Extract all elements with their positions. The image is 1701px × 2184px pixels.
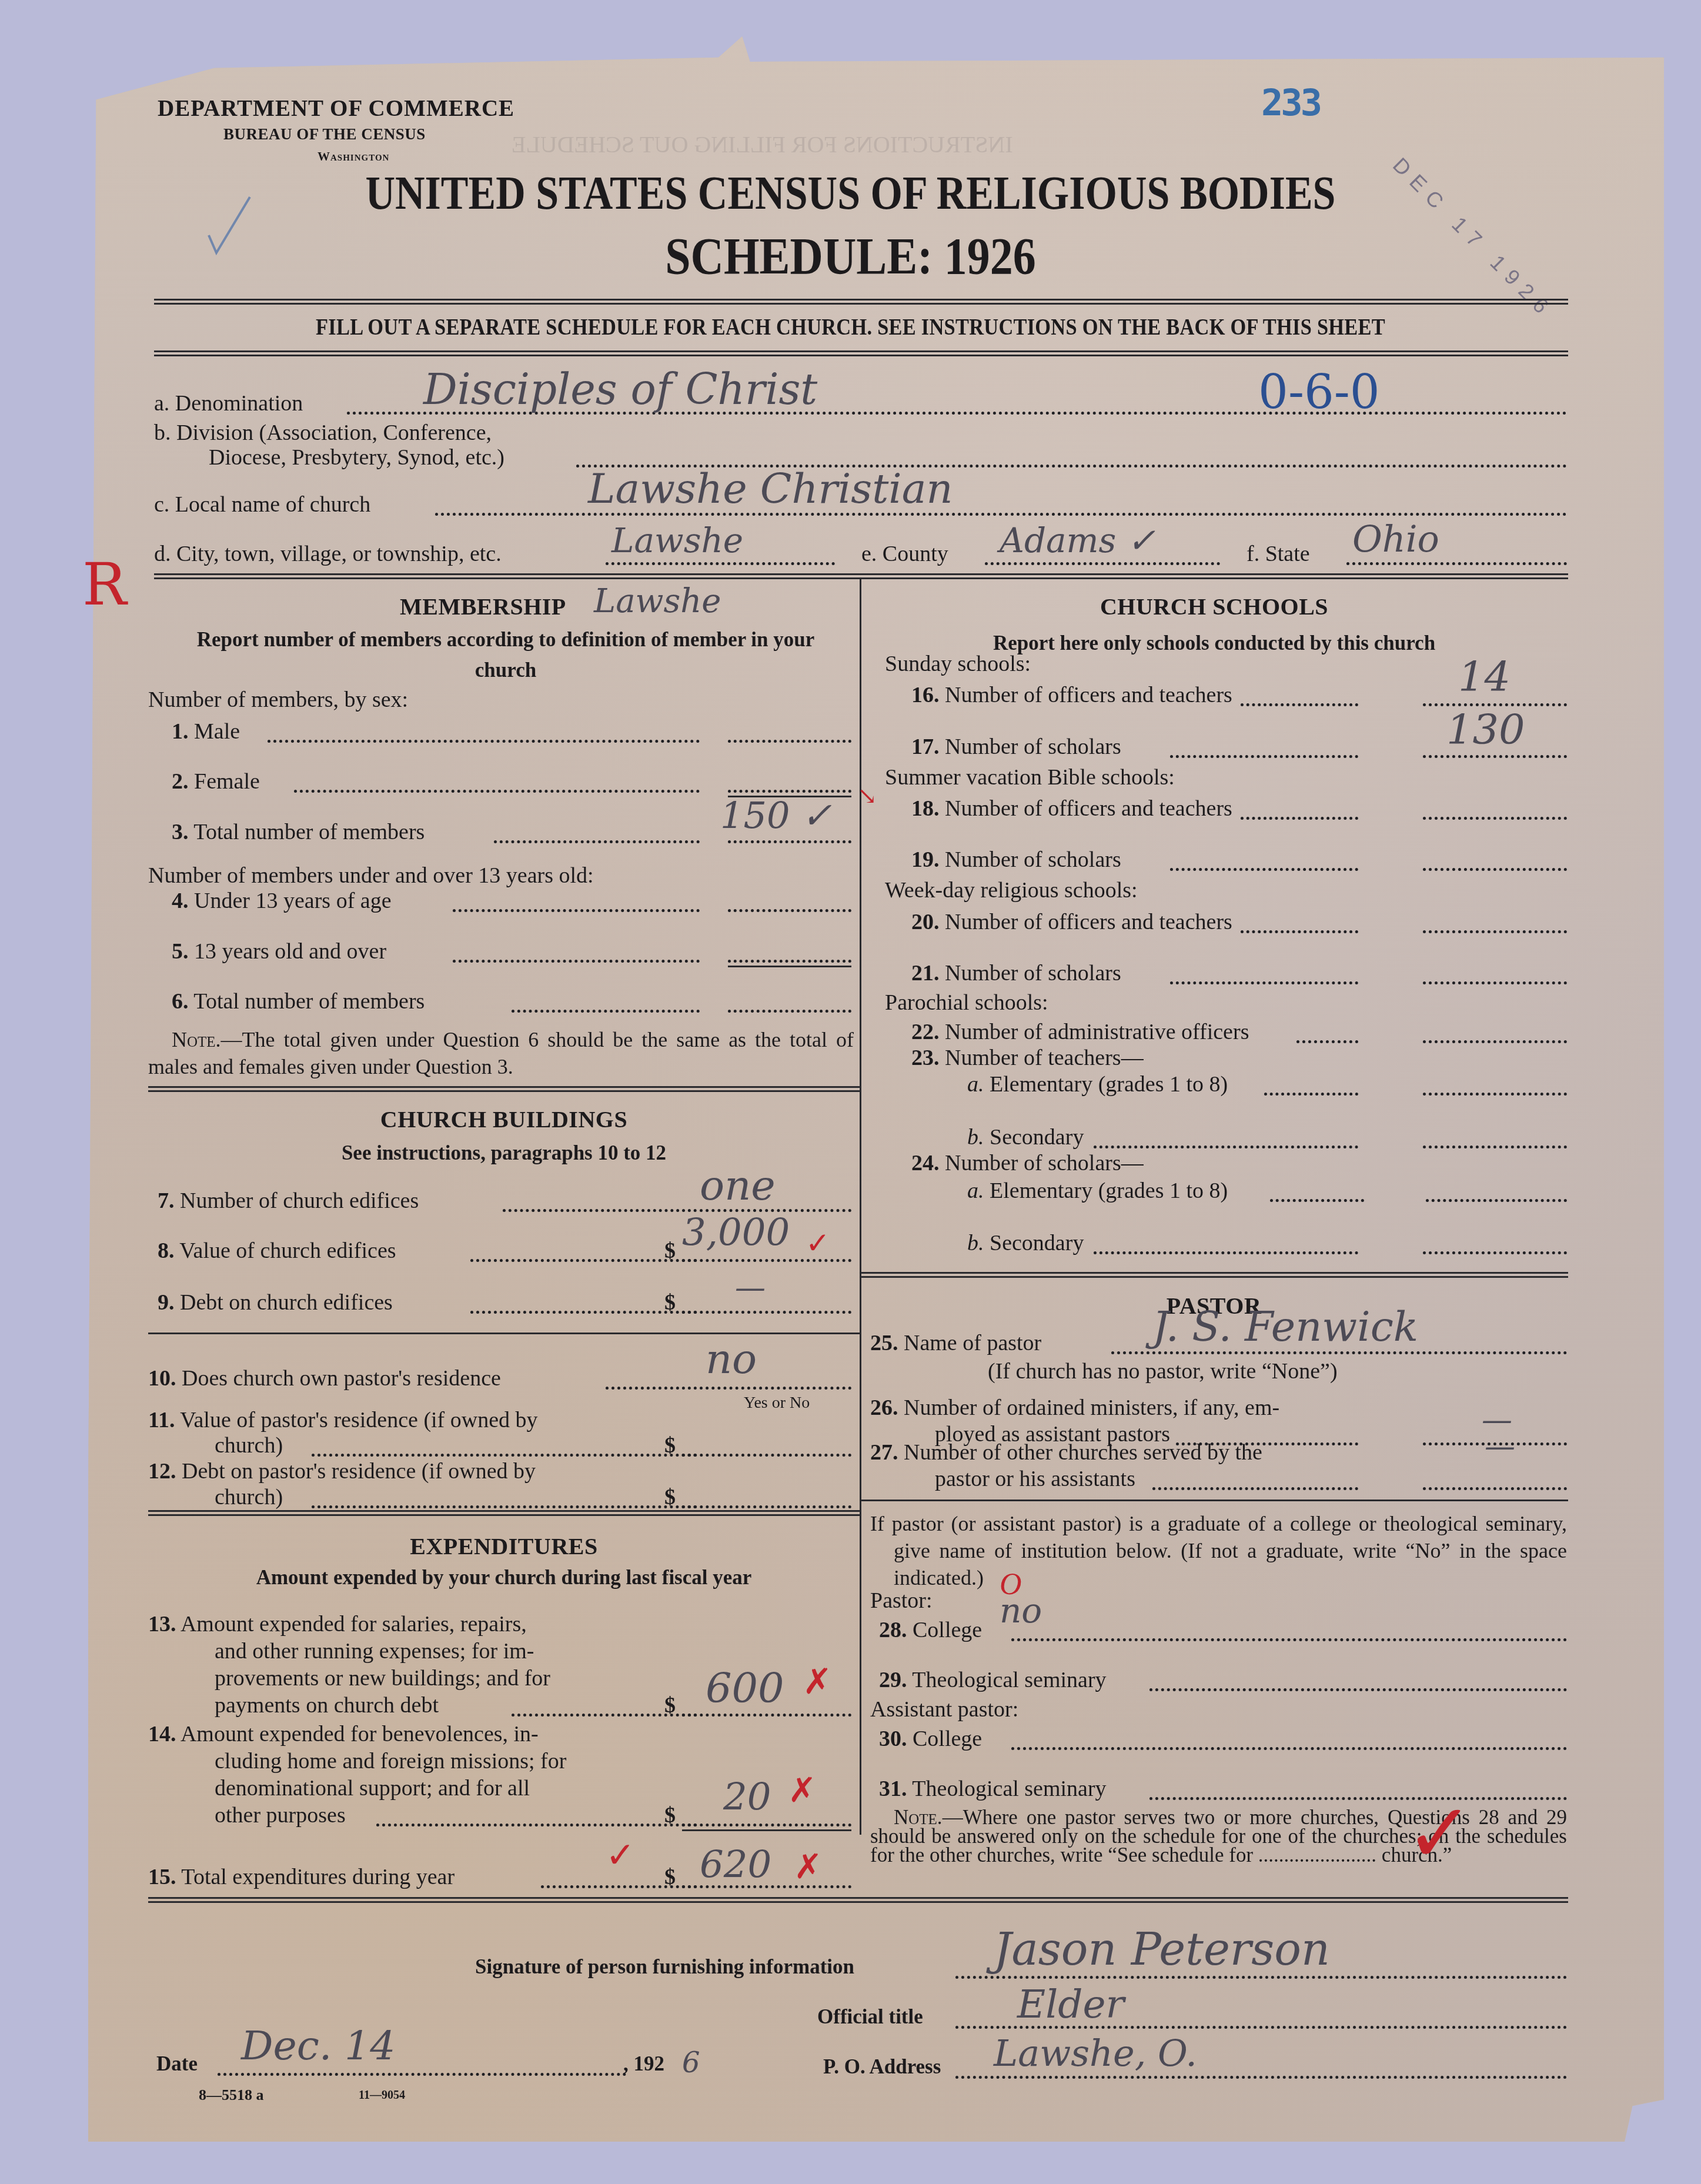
membership-title: MEMBERSHIP — [400, 593, 566, 620]
school-row-24: 24. Number of scholars— — [911, 1150, 1144, 1176]
school-row-23: 23. Number of teachers— — [911, 1045, 1144, 1071]
running-expenses-value: 600 — [706, 1664, 784, 1712]
po-address-label: P. O. Address — [823, 2055, 941, 2079]
year-digit: 6 — [682, 2046, 700, 2079]
signature-field[interactable] — [955, 1976, 1567, 1979]
red-check-mark-icon: ✓ — [1405, 1794, 1474, 1876]
summer-scholars-field[interactable] — [1423, 868, 1567, 871]
no-pastor-hint: (If church has no pastor, write “None”) — [988, 1358, 1338, 1384]
sunday-teachers-value: 14 — [1458, 653, 1510, 701]
teachers-elementary-field[interactable] — [1423, 1093, 1567, 1096]
print-code: 11—9054 — [359, 2089, 405, 2102]
schools-divider — [860, 1272, 1568, 1278]
pastor-college-value: no — [1000, 1591, 1042, 1631]
form-title: UNITED STATES CENSUS OF RELIGIOUS BODIES — [0, 167, 1701, 221]
washington-heading: Washington — [318, 149, 389, 164]
other-churches-field[interactable] — [1423, 1487, 1567, 1490]
weekday-schools-label: Week-day religious schools: — [885, 877, 1138, 903]
pastor-seminary-field[interactable] — [1149, 1688, 1567, 1691]
denomination-code: 0-6-0 — [1258, 365, 1380, 419]
red-tick-icon: ✓ — [806, 1226, 830, 1260]
bureau-heading: BUREAU OF THE CENSUS — [223, 125, 426, 143]
po-address-value: Lawshe, O. — [994, 2032, 1197, 2075]
schedule-title: SCHEDULE: 1926 — [0, 225, 1701, 286]
pastor-college-field[interactable] — [1011, 1638, 1567, 1641]
sunday-scholars-value: 130 — [1446, 706, 1525, 754]
signature-value: Jason Peterson — [994, 1923, 1330, 1975]
red-arrow-mark-icon: ↘ — [857, 782, 877, 810]
official-title-value: Elder — [1017, 1982, 1124, 2027]
state-field[interactable] — [1346, 562, 1567, 565]
county-value: Adams ✓ — [1000, 520, 1155, 560]
assistant-pastor-subheading: Assistant pastor: — [870, 1697, 1018, 1722]
parochial-admin-field[interactable] — [1423, 1040, 1567, 1043]
benevolences-field[interactable] — [682, 1824, 851, 1826]
running-expenses-field[interactable] — [682, 1714, 851, 1717]
instructions-banner: FILL OUT A SEPARATE SCHEDULE FOR EACH CH… — [119, 313, 1582, 340]
membership-divider — [148, 1086, 860, 1092]
weekday-teachers-field[interactable] — [1423, 930, 1567, 933]
scholars-secondary-field[interactable] — [1423, 1251, 1567, 1254]
denomination-label: a. Denomination — [154, 390, 303, 416]
division-label-line2: Diocese, Presbytery, Synod, etc.) — [209, 445, 504, 470]
header-rule — [154, 299, 1568, 305]
local-name-field[interactable] — [435, 513, 1567, 516]
edifices-value: 3,000 — [682, 1211, 790, 1255]
expenditures-title: EXPENDITURES — [148, 1532, 860, 1560]
female-field[interactable] — [728, 790, 851, 793]
expenditures-subtitle: Amount expended by your church during la… — [148, 1562, 860, 1593]
owns-residence-value: no — [706, 1335, 757, 1383]
official-title-label: Official title — [817, 2005, 923, 2029]
state-value: Ohio — [1352, 517, 1439, 560]
city-value: Lawshe — [611, 520, 743, 560]
red-x-mark-icon: ✗ — [794, 1846, 823, 1886]
year-prefix: , 192 — [623, 2052, 664, 2076]
total-by-age-field[interactable] — [728, 1010, 851, 1013]
schools-title: CHURCH SCHOOLS — [861, 593, 1567, 620]
instructions-rule — [154, 350, 1568, 356]
county-label: e. County — [861, 541, 948, 567]
stamp-number: 233 — [1261, 81, 1320, 124]
total-expenditures-value: 620 — [700, 1844, 771, 1887]
local-name-value: Lawshe Christian — [588, 465, 953, 513]
pastor-subheading: Pastor: — [870, 1588, 933, 1614]
male-field[interactable] — [728, 740, 851, 743]
scholars-elementary-field[interactable] — [1426, 1199, 1567, 1202]
total-members-value: 150 ✓ — [720, 794, 832, 837]
total-members-field[interactable] — [728, 840, 851, 843]
other-churches-value: — — [1485, 1429, 1515, 1464]
edifices-debt-field[interactable] — [682, 1311, 851, 1314]
owns-residence-field[interactable] — [700, 1387, 851, 1390]
date-field[interactable] — [218, 2073, 626, 2076]
city-field[interactable] — [606, 562, 835, 565]
form-code: 8—5518 a — [199, 2086, 264, 2104]
residence-debt-field[interactable] — [682, 1505, 851, 1508]
summer-schools-label: Summer vacation Bible schools: — [885, 764, 1175, 790]
column-divider — [860, 579, 861, 1835]
weekday-scholars-field[interactable] — [1423, 981, 1567, 984]
yes-no-hint: Yes or No — [744, 1394, 810, 1412]
members-by-sex-label: Number of members, by sex: — [148, 687, 408, 713]
footer-divider — [148, 1897, 1568, 1903]
benevolences-value: 20 — [723, 1776, 771, 1819]
date-value: Dec. 14 — [241, 2023, 396, 2069]
buildings-title: CHURCH BUILDINGS — [148, 1106, 860, 1133]
membership-place: Lawshe — [594, 582, 721, 620]
13-and-over-field[interactable] — [728, 960, 851, 963]
signature-label: Signature of person furnishing informati… — [475, 1955, 854, 1979]
denomination-value: Disciples of Christ — [423, 365, 817, 414]
under-13-field[interactable] — [728, 909, 851, 912]
graduate-instructions: If pastor (or assistant pastor) is a gra… — [870, 1510, 1567, 1591]
division-label-line1: b. Division (Association, Conference, — [154, 420, 492, 446]
assistant-seminary-field[interactable] — [1149, 1797, 1567, 1800]
buildings-divider — [148, 1510, 860, 1516]
pastor-name-value: J. S. Fenwick — [1152, 1303, 1418, 1351]
residence-value-field[interactable] — [682, 1454, 851, 1457]
membership-subtitle: Report number of members according to de… — [176, 625, 835, 686]
po-address-field[interactable] — [955, 2076, 1567, 2079]
section-divider — [154, 573, 1568, 579]
city-label: d. City, town, village, or township, etc… — [154, 541, 502, 567]
red-x-mark-icon: ✗ — [788, 1770, 817, 1810]
local-name-label: c. Local name of church — [154, 492, 370, 517]
state-label: f. State — [1246, 541, 1310, 567]
sunday-schools-label: Sunday schools: — [885, 651, 1031, 677]
assistant-college-field[interactable] — [1011, 1747, 1567, 1750]
department-heading: DEPARTMENT OF COMMERCE — [158, 95, 514, 122]
pastor-name-field[interactable] — [1111, 1351, 1567, 1354]
membership-note: Note.—The total given under Question 6 s… — [148, 1026, 854, 1080]
date-label: Date — [156, 2052, 198, 2076]
red-x-mark-icon: ✗ — [803, 1661, 832, 1702]
sunday-scholars-field[interactable] — [1423, 755, 1567, 758]
teachers-secondary-field[interactable] — [1423, 1146, 1567, 1148]
edifices-debt-value: — — [735, 1270, 766, 1305]
edifices-count-value: one — [700, 1161, 776, 1210]
county-field[interactable] — [985, 562, 1220, 565]
red-check-mark-icon: ✓ — [606, 1835, 635, 1876]
summer-teachers-field[interactable] — [1423, 817, 1567, 820]
parochial-schools-label: Parochial schools: — [885, 990, 1048, 1016]
red-margin-mark: R — [82, 550, 126, 619]
members-by-age-label: Number of members under and over 13 year… — [148, 863, 594, 889]
